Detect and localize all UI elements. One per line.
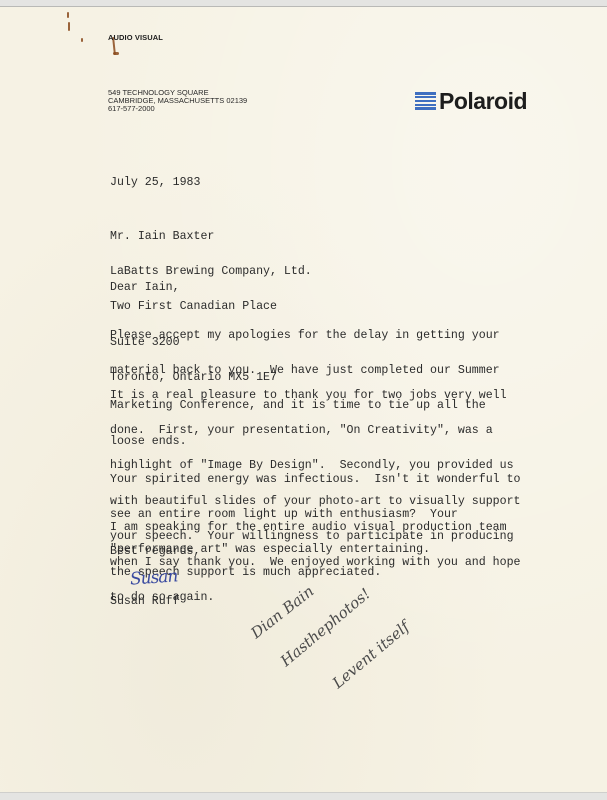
recipient-line: Mr. Iain Baxter — [110, 231, 312, 243]
signer-name: Susan Ruff — [110, 596, 180, 608]
rust-stain — [81, 38, 83, 42]
paragraph-line: Your spirited energy was infectious. Isn… — [110, 474, 521, 486]
handwritten-line: Levent itself — [328, 616, 415, 693]
rust-stain — [67, 12, 69, 18]
rust-stain — [113, 52, 119, 55]
handwritten-note: Dian Bain Hasthephotos! Levent itself — [250, 577, 450, 717]
paragraph-line: It is a real pleasure to thank you for t… — [110, 390, 521, 402]
paragraph-line: done. First, your presentation, "On Crea… — [110, 425, 521, 437]
rust-stain — [68, 22, 70, 31]
letter-date: July 25, 1983 — [110, 177, 200, 189]
paragraph-line: Please accept my apologies for the delay… — [110, 330, 500, 342]
letterhead-address: 549 TECHNOLOGY SQUARE CAMBRIDGE, MASSACH… — [108, 89, 247, 113]
polaroid-stripes-icon — [415, 92, 436, 110]
closing: Best regards, — [110, 546, 200, 558]
logo-wordmark: Polaroid — [439, 91, 527, 111]
recipient-line: LaBatts Brewing Company, Ltd. — [110, 266, 312, 278]
signature: Susan — [129, 566, 178, 589]
address-line: 617-577-2000 — [108, 105, 247, 113]
department-name: AUDIO VISUAL — [108, 33, 163, 42]
polaroid-logo: Polaroid — [415, 91, 527, 111]
paragraph-line: I am speaking for the entire audio visua… — [110, 522, 521, 534]
letter-page: AUDIO VISUAL 549 TECHNOLOGY SQUARE CAMBR… — [0, 7, 607, 792]
salutation: Dear Iain, — [110, 282, 180, 294]
